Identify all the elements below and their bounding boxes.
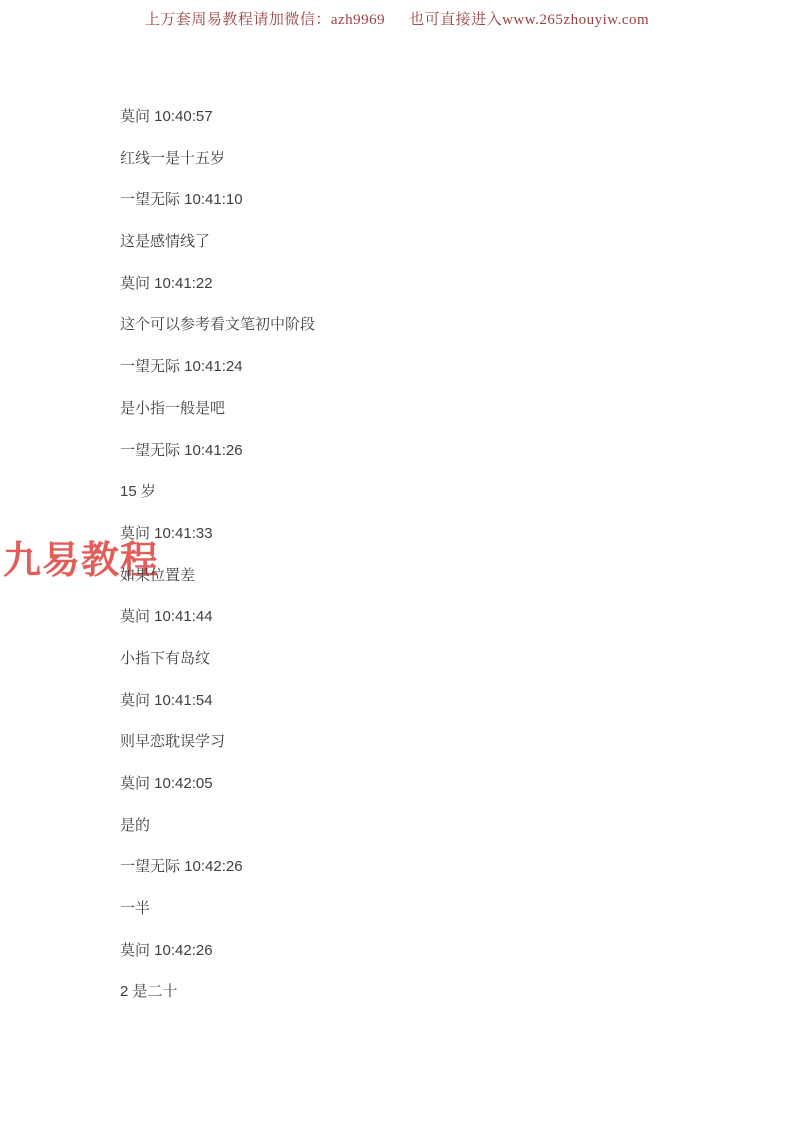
chat-line: 莫问 10:41:33 (120, 524, 754, 544)
chat-line: 莫问 10:41:44 (120, 607, 754, 627)
document-page: 上万套周易教程请加微信：azh9969也可直接进入www.265zhouyiw.… (0, 0, 794, 1123)
chat-line: 莫问 10:42:26 (120, 941, 754, 961)
header-website-text: 也可直接进入www.265zhouyiw.com (409, 12, 649, 28)
chat-line: 莫问 10:42:05 (120, 774, 754, 794)
chat-line: 这是感情线了 (120, 232, 754, 252)
header-wechat-text: 上万套周易教程请加微信：azh9969 (145, 12, 385, 28)
chat-line: 是的 (120, 816, 754, 836)
chat-line: 则早恋耽误学习 (120, 732, 754, 752)
chat-line: 莫问 10:41:54 (120, 691, 754, 711)
chat-line: 如果位置差 (120, 566, 754, 586)
chat-line: 这个可以参考看文笔初中阶段 (120, 315, 754, 335)
chat-line: 一望无际 10:41:10 (120, 190, 754, 210)
chat-line: 一望无际 10:41:24 (120, 357, 754, 377)
chat-line: 2 是二十 (120, 982, 754, 1002)
chat-line: 一望无际 10:41:26 (120, 441, 754, 461)
chat-line: 小指下有岛纹 (120, 649, 754, 669)
chat-line: 莫问 10:40:57 (120, 107, 754, 127)
header-banner: 上万套周易教程请加微信：azh9969也可直接进入www.265zhouyiw.… (0, 8, 794, 29)
chat-line: 一望无际 10:42:26 (120, 857, 754, 877)
chat-line: 15 岁 (120, 482, 754, 502)
chat-transcript: 莫问 10:40:57 红线一是十五岁 一望无际 10:41:10 这是感情线了… (120, 107, 754, 1024)
chat-line: 一半 (120, 899, 754, 919)
chat-line: 莫问 10:41:22 (120, 274, 754, 294)
chat-line: 是小指一般是吧 (120, 399, 754, 419)
chat-line: 红线一是十五岁 (120, 149, 754, 169)
